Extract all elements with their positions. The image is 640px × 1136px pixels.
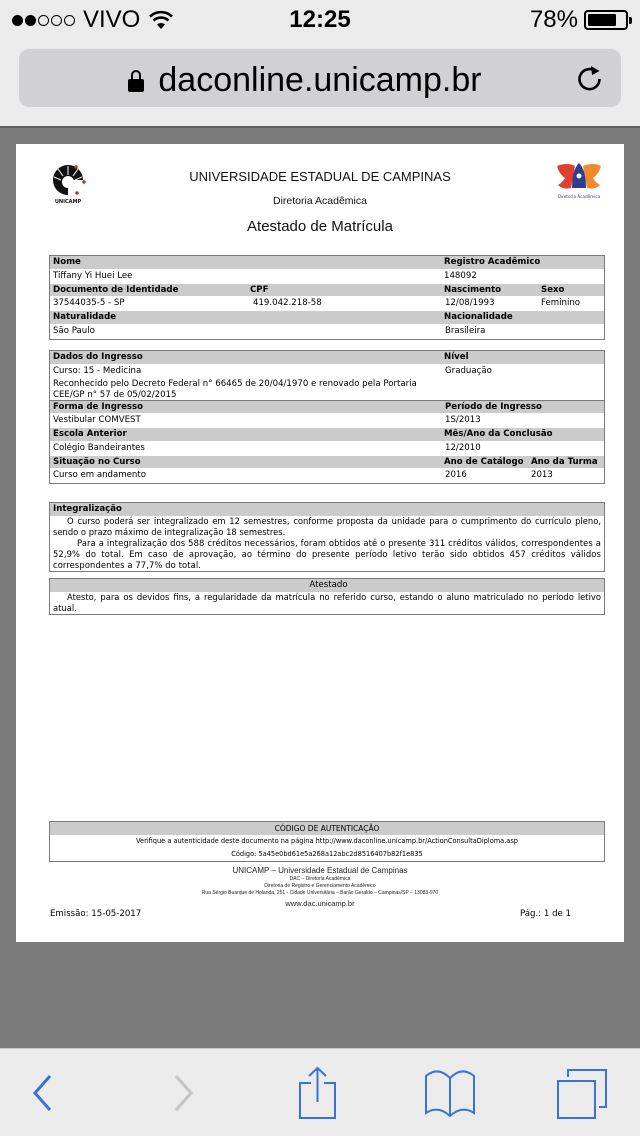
- cpf-value: 419.042.218-58: [250, 296, 442, 311]
- forma-label: Forma de Ingresso: [50, 401, 442, 414]
- tabs-icon: [556, 1067, 608, 1119]
- situacao-label: Situação no Curso: [50, 456, 441, 469]
- atestado-section: Atestado Atesto, para os devidos fins, a…: [49, 578, 605, 615]
- atestado-text: Atesto, para os devidos fins, a regulari…: [50, 592, 604, 614]
- address-bar[interactable]: daconline.unicamp.br: [19, 49, 621, 107]
- ra-value: 148092: [441, 269, 477, 284]
- url-text[interactable]: daconline.unicamp.br: [158, 61, 481, 100]
- back-button[interactable]: [17, 1067, 69, 1119]
- catalogo-label: Ano de Catálogo: [441, 456, 528, 469]
- nivel-value: Graduação: [442, 364, 492, 400]
- auth-verify-text: Verifique a autenticidade deste document…: [50, 835, 604, 848]
- curso-value: Curso: 15 - Medicina: [53, 366, 442, 377]
- page-number: Pág.: 1 de 1: [520, 909, 571, 919]
- footer-line-3: Diretoria de Registro e Gerenciamento Ac…: [16, 883, 624, 889]
- reconhecimento-text: Reconhecido pelo Decreto Federal n° 6646…: [53, 379, 442, 401]
- nome-label: Nome: [50, 256, 441, 269]
- battery-percent: 78%: [530, 6, 578, 34]
- turma-label: Ano da Turma: [528, 456, 598, 469]
- periodo-value: 1S/2013: [442, 413, 481, 428]
- turma-value: 2013: [528, 468, 553, 483]
- catalogo-value: 2016: [442, 468, 528, 483]
- sexo-label: Sexo: [538, 284, 564, 297]
- sexo-value: Feminino: [538, 296, 580, 311]
- conclusao-value: 12/2010: [442, 441, 481, 456]
- authentication-section: CÓDIGO DE AUTENTICAÇÃO Verifique a auten…: [49, 821, 605, 862]
- integralizacao-paragraph-1: O curso poderá ser integralizado em 12 s…: [50, 516, 604, 538]
- back-icon: [31, 1073, 55, 1113]
- periodo-label: Período de Ingresso: [442, 401, 542, 414]
- forma-value: Vestibular COMVEST: [50, 413, 442, 428]
- status-right: 78%: [530, 6, 628, 34]
- university-name: UNIVERSIDADE ESTADUAL DE CAMPINAS: [16, 169, 624, 184]
- nascimento-label: Nascimento: [441, 284, 538, 297]
- browser-address-area: daconline.unicamp.br: [0, 40, 640, 128]
- doc-value: 37544035-5 - SP: [50, 296, 250, 311]
- dados-ingresso-label: Dados do Ingresso: [50, 351, 441, 364]
- situacao-value: Curso em andamento: [50, 468, 442, 483]
- lock-icon: [128, 70, 144, 92]
- emission-date: Emissão: 15-05-2017: [50, 909, 141, 919]
- auth-code: Código: 5a45e0bd61e5a268a12abc2d8516407b…: [50, 848, 604, 861]
- integralizacao-section: Integralização O curso poderá ser integr…: [49, 502, 605, 572]
- tabs-button[interactable]: [556, 1067, 608, 1119]
- footer-line-4: Rua Sérgio Buarque de Holanda, 251 - Cid…: [16, 890, 624, 896]
- ra-label: Registro Acadêmico: [441, 256, 540, 269]
- cpf-label: CPF: [247, 284, 441, 297]
- document-title: Atestado de Matrícula: [16, 218, 624, 235]
- share-icon: [298, 1066, 338, 1120]
- department-name: Diretoria Acadêmica: [16, 195, 624, 207]
- footer-line-2: DAC – Diretoria Acadêmica: [16, 876, 624, 882]
- conclusao-label: Mês/Ano da Conclusão: [441, 428, 553, 441]
- nacionalidade-label: Nacionalidade: [441, 311, 513, 324]
- bookmarks-button[interactable]: [424, 1067, 476, 1119]
- nome-value: Tiffany Yi Huei Lee: [50, 269, 441, 284]
- forward-icon: [171, 1073, 195, 1113]
- bookmarks-icon: [424, 1068, 476, 1118]
- nivel-label: Nível: [441, 351, 469, 364]
- reload-icon[interactable]: [575, 63, 605, 93]
- escola-label: Escola Anterior: [50, 428, 441, 441]
- naturalidade-value: São Paulo: [50, 324, 442, 339]
- personal-data-section: Nome Registro Acadêmico Tiffany Yi Huei …: [49, 255, 605, 340]
- forward-button[interactable]: [157, 1067, 209, 1119]
- auth-label: CÓDIGO DE AUTENTICAÇÃO: [50, 822, 604, 835]
- doc-label: Documento de Identidade: [50, 284, 247, 297]
- status-bar: VIVO 12:25 78%: [0, 0, 640, 40]
- footer-line-1: UNICAMP – Universidade Estadual de Campi…: [16, 866, 624, 875]
- atestado-label: Atestado: [306, 579, 347, 592]
- nascimento-value: 12/08/1993: [442, 296, 538, 311]
- naturalidade-label: Naturalidade: [50, 311, 441, 324]
- nacionalidade-value: Brasileira: [442, 324, 485, 339]
- browser-toolbar: [0, 1048, 640, 1136]
- integralizacao-paragraph-2: Para a integralização dos 588 créditos n…: [50, 538, 604, 571]
- battery-icon: [584, 10, 628, 30]
- admission-data-section: Dados do Ingresso Nível Curso: 15 - Medi…: [49, 350, 605, 484]
- escola-value: Colégio Bandeirantes: [50, 441, 442, 456]
- integralizacao-label: Integralização: [50, 503, 122, 516]
- footer-website: www.dac.unicamp.br: [16, 899, 624, 908]
- share-button[interactable]: [292, 1067, 344, 1119]
